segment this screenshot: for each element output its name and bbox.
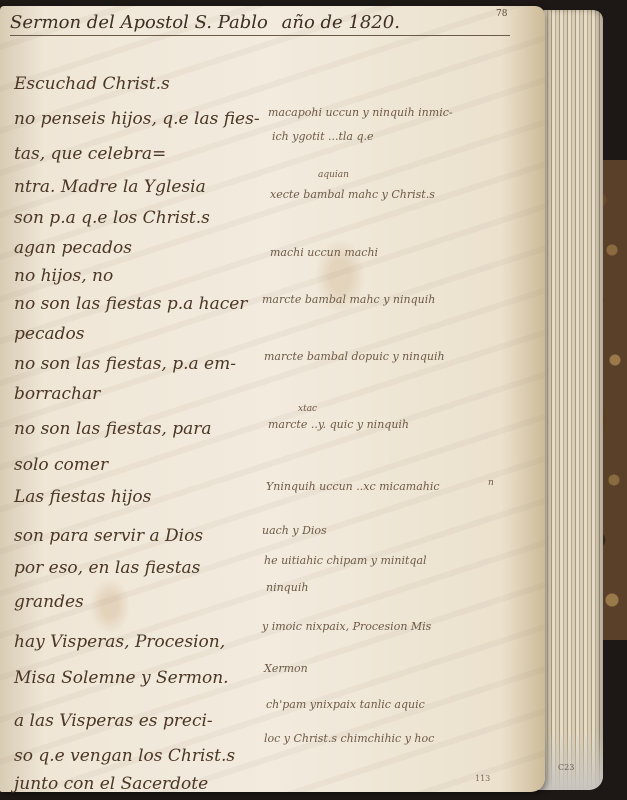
translation-line: macapohi uccun y ninquih inmic- <box>268 106 453 119</box>
translation-line: Xermon <box>264 662 308 675</box>
translation-line: marcte bambal mahc y ninquih <box>262 293 435 306</box>
spanish-line: ntra. Madre la Yglesia <box>14 177 206 197</box>
translation-line: he uitiahic chipam y minitqal <box>264 554 427 567</box>
translation-line: ich ygotit ...tla q.e <box>272 130 374 143</box>
translation-line: marcte bambal dopuic y ninquih <box>264 350 445 363</box>
title-year: año de 1820. <box>282 12 400 33</box>
page-title: Sermon del Apostol S. Pablo año de 1820. <box>10 12 510 36</box>
manuscript-page: Sermon del Apostol S. Pablo año de 1820.… <box>0 6 545 792</box>
translation-line: ninquih <box>266 581 308 594</box>
spanish-line: Escuchad Christ.s <box>14 74 170 94</box>
spanish-line: agan pecados <box>14 238 132 258</box>
spanish-line: borrachar <box>14 384 100 404</box>
translation-line: marcte ..y. quic y ninquih <box>268 418 409 431</box>
spanish-line: son p.a q.e los Christ.s <box>14 208 210 228</box>
interlinear-correction: xtac <box>298 404 317 414</box>
spanish-line: a las Visperas es preci- <box>14 711 213 731</box>
translation-line: ch'pam ynixpaix tanlic aquic <box>266 698 425 711</box>
edge-mark: C23 <box>558 763 574 772</box>
interlinear-mark: n <box>488 478 494 488</box>
spanish-line: solo comer <box>14 455 108 475</box>
spanish-line: pecados <box>14 324 84 344</box>
spanish-line: so q.e vengan los Christ.s <box>14 746 235 766</box>
translation-line: uach y Dios <box>262 524 327 537</box>
translation-line: machi uccun machi <box>270 246 378 259</box>
title-text: Sermon del Apostol S. Pablo <box>10 12 268 33</box>
translation-line: Yninquih uccun ..xc micamahic <box>266 480 440 493</box>
interlinear-correction: aquian <box>318 170 349 180</box>
folio-number: 78 <box>496 9 507 19</box>
spanish-line: Las fiestas hijos <box>14 487 151 507</box>
translation-line: y imoic nixpaix, Procesion Mis <box>262 620 431 633</box>
spanish-line: no son las fiestas, para <box>14 419 212 439</box>
translation-line: loc y Christ.s chimchihic y hoc <box>264 732 434 745</box>
spanish-line: no son las fiestas, p.a em- <box>14 354 236 374</box>
translation-line: xecte bambal mahc y Christ.s <box>270 188 435 201</box>
page-number: 113 <box>475 774 490 783</box>
spanish-line: hay Visperas, Procesion, <box>14 632 225 652</box>
spanish-line: no penseis hijos, q.e las fies- <box>14 109 260 129</box>
spanish-line: son para servir a Dios <box>14 526 203 546</box>
spanish-line: tas, que celebra= <box>14 144 166 164</box>
spanish-line: junto con el Sacerdote <box>14 774 208 794</box>
spanish-line: Misa Solemne y Sermon. <box>14 668 229 688</box>
spanish-line: no son las fiestas p.a hacer <box>14 294 247 314</box>
spanish-line: por eso, en las fiestas <box>14 558 200 578</box>
spanish-line: grandes <box>14 592 84 612</box>
spanish-line: no hijos, no <box>14 266 113 286</box>
